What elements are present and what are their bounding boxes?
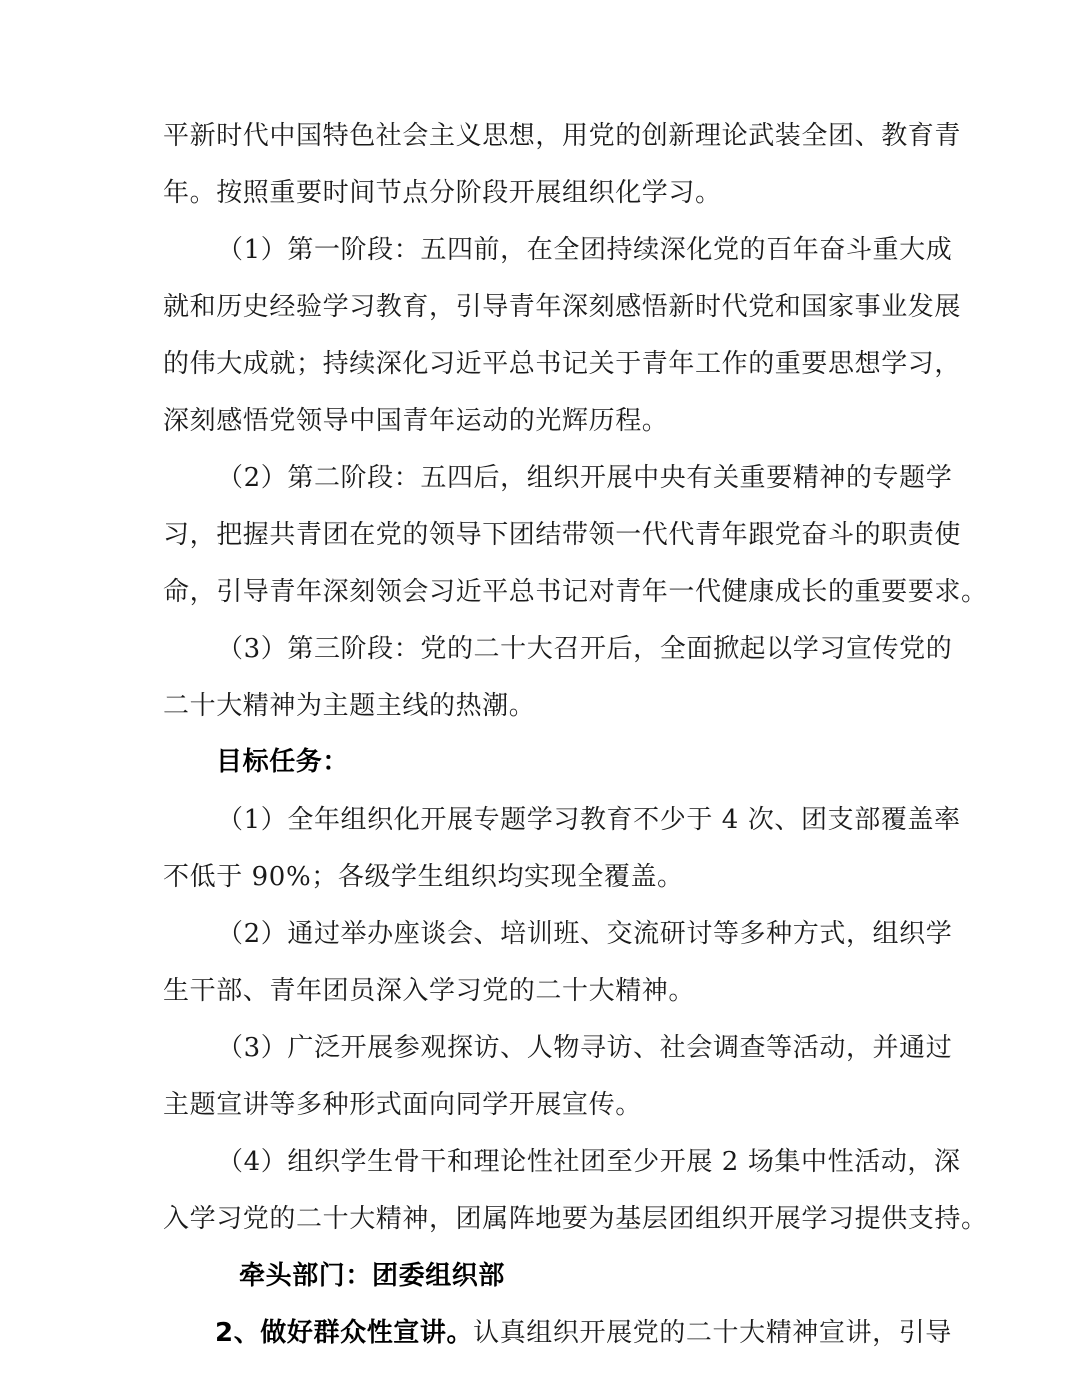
target-2-line-1: （2）通过举办座谈会、培训班、交流研讨等多种方式，组织学 xyxy=(217,914,952,954)
target-3-line-1: （3）广泛开展参观探访、人物寻访、社会调查等活动，并通过 xyxy=(217,1028,952,1068)
target-4-line-2: 入学习党的二十大精神，团属阵地要为基层团组织开展学习提供支持。 xyxy=(163,1199,988,1239)
item-2-title: 2、做好群众性宣讲。 xyxy=(215,1318,473,1348)
targets-heading: 目标任务： xyxy=(216,742,349,782)
stage-3-line-1: （3）第三阶段：党的二十大召开后，全面掀起以学习宣传党的 xyxy=(217,629,952,669)
target-1-line-1: （1）全年组织化开展专题学习教育不少于 4 次、团支部覆盖率 xyxy=(217,800,961,840)
stage-1-line-1: （1）第一阶段：五四前，在全团持续深化党的百年奋斗重大成 xyxy=(217,230,952,270)
intro-line-1: 平新时代中国特色社会主义思想，用党的创新理论武装全团、教育青 xyxy=(163,116,961,156)
stage-1-line-3: 的伟大成就；持续深化习近平总书记关于青年工作的重要思想学习， xyxy=(163,344,961,384)
item-2-text: 认真组织开展党的二十大精神宣讲，引导 xyxy=(473,1318,952,1348)
stage-1-line-2: 就和历史经验学习教育，引导青年深刻感悟新时代党和国家事业发展 xyxy=(163,287,961,327)
target-1-line-2: 不低于 90%；各级学生组织均实现全覆盖。 xyxy=(163,857,684,897)
item-2-line: 2、做好群众性宣讲。认真组织开展党的二十大精神宣讲，引导 xyxy=(215,1313,952,1353)
target-2-line-2: 生干部、青年团员深入学习党的二十大精神。 xyxy=(163,971,695,1011)
stage-1-line-4: 深刻感悟党领导中国青年运动的光辉历程。 xyxy=(163,401,668,441)
lead-department: 牵头部门：团委组织部 xyxy=(239,1256,505,1296)
target-3-line-2: 主题宣讲等多种形式面向同学开展宣传。 xyxy=(163,1085,642,1125)
stage-2-line-1: （2）第二阶段：五四后，组织开展中央有关重要精神的专题学 xyxy=(217,458,952,498)
intro-line-2: 年。按照重要时间节点分阶段开展组织化学习。 xyxy=(163,173,722,213)
stage-2-line-2: 习，把握共青团在党的领导下团结带领一代代青年跟党奋斗的职责使 xyxy=(163,515,961,555)
target-4-line-1: （4）组织学生骨干和理论性社团至少开展 2 场集中性活动，深 xyxy=(217,1142,961,1182)
stage-3-line-2: 二十大精神为主题主线的热潮。 xyxy=(163,686,535,726)
stage-2-line-3: 命，引导青年深刻领会习近平总书记对青年一代健康成长的重要要求。 xyxy=(163,572,988,612)
